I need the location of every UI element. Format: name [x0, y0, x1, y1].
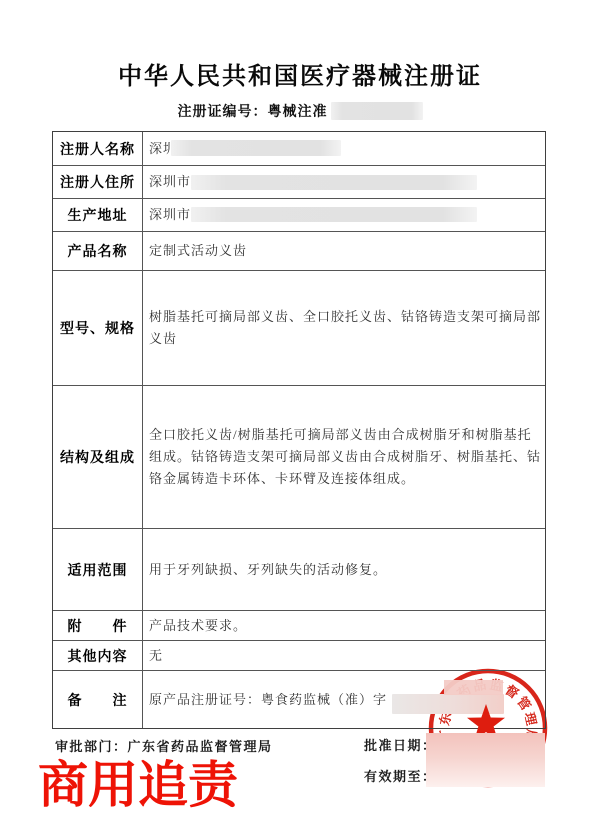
row-label: 产品名称 — [53, 232, 143, 270]
row-value: 产品技术要求。 — [149, 615, 247, 637]
certificate-table: 注册人名称 深圳 注册人住所 深圳市 生产地址 深圳市 产品名称 定制式活动义齿 — [52, 131, 546, 729]
row-value-cell: 定制式活动义齿 — [143, 232, 545, 270]
watermark-text: 商用追责 — [38, 760, 238, 810]
row-value: 全口胶托义齿/树脂基托可摘局部义齿由合成树脂牙和树脂基托组成。钴铬铸造支架可摘局… — [149, 424, 543, 490]
row-value-cell: 深圳 — [143, 132, 545, 165]
row-value: 原产品注册证号：粤食药监械（准）字 — [149, 689, 387, 711]
table-row: 结构及组成 全口胶托义齿/树脂基托可摘局部义齿由合成树脂牙和树脂基托组成。钴铬铸… — [53, 385, 545, 528]
row-value: 用于牙列缺损、牙列缺失的活动修复。 — [149, 559, 387, 581]
row-value-cell: 用于牙列缺损、牙列缺失的活动修复。 — [143, 529, 545, 610]
registration-number-line: 注册证编号：粤械注准 — [0, 101, 600, 121]
table-row: 适用范围 用于牙列缺损、牙列缺失的活动修复。 — [53, 528, 545, 610]
row-value: 深圳市 — [149, 204, 191, 226]
approval-department: 审批部门：广东省药品监督管理局 — [55, 736, 273, 755]
row-label: 型号、规格 — [53, 271, 143, 385]
certificate-page: 广东省药品监督管理局 中华人民共和国医疗器械注册证 注册证编号：粤械注准 注册人… — [0, 0, 600, 830]
row-label: 结构及组成 — [53, 386, 143, 528]
table-row: 附 件 产品技术要求。 — [53, 610, 545, 640]
row-value: 深圳市 — [149, 171, 191, 193]
row-label: 生产地址 — [53, 199, 143, 231]
row-label: 其他内容 — [53, 641, 143, 670]
redaction-box — [191, 175, 477, 190]
table-row: 生产地址 深圳市 — [53, 198, 545, 231]
row-value-cell: 树脂基托可摘局部义齿、全口胶托义齿、钴铬铸造支架可摘局部义齿 — [143, 271, 545, 385]
row-label: 注册人名称 — [53, 132, 143, 165]
row-value-cell: 深圳市 — [143, 199, 545, 231]
redaction-box — [171, 140, 341, 156]
table-row: 注册人名称 深圳 — [53, 132, 545, 165]
row-value-cell: 无 — [143, 641, 545, 670]
row-label: 适用范围 — [53, 529, 143, 610]
row-value: 定制式活动义齿 — [149, 240, 247, 262]
row-value: 无 — [149, 645, 163, 667]
row-value: 树脂基托可摘局部义齿、全口胶托义齿、钴铬铸造支架可摘局部义齿 — [149, 306, 543, 350]
row-label: 备 注 — [53, 671, 143, 728]
row-value-cell: 产品技术要求。 — [143, 611, 545, 640]
row-value-cell: 深圳市 — [143, 166, 545, 198]
table-row: 其他内容 无 — [53, 640, 545, 670]
redaction-box — [191, 207, 477, 222]
table-row: 注册人住所 深圳市 — [53, 165, 545, 198]
table-row: 产品名称 定制式活动义齿 — [53, 231, 545, 270]
registration-number-label: 注册证编号： — [178, 101, 268, 121]
row-value-cell: 全口胶托义齿/树脂基托可摘局部义齿由合成树脂牙和树脂基托组成。钴铬铸造支架可摘局… — [143, 386, 545, 528]
registration-number-prefix: 粤械注准 — [268, 101, 328, 121]
row-label: 注册人住所 — [53, 166, 143, 198]
redaction-box — [426, 733, 545, 787]
row-label: 附 件 — [53, 611, 143, 640]
redaction-box — [444, 680, 503, 695]
certificate-title: 中华人民共和国医疗器械注册证 — [0, 56, 600, 91]
table-row: 型号、规格 树脂基托可摘局部义齿、全口胶托义齿、钴铬铸造支架可摘局部义齿 — [53, 270, 545, 385]
redaction-box — [331, 102, 423, 120]
